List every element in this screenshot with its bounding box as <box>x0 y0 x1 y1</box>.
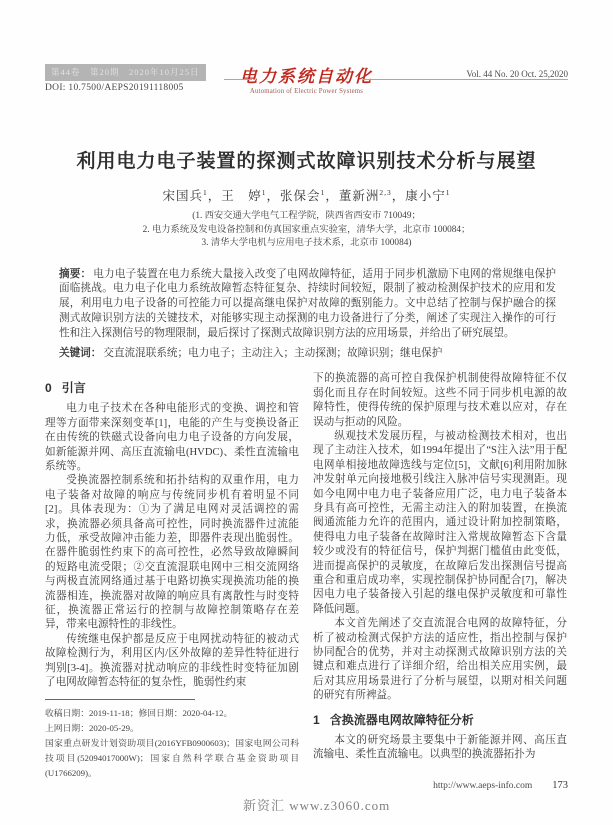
left-column: 0引言 电力电子技术在各种电能形式的变换、调控和管理等方面带来深刻变革[1]，电… <box>45 372 299 781</box>
author-name: 康小宁 <box>405 189 446 203</box>
affiliations: (1. 西安交通大学电气工程学院，陕西省西安市 710049； 2. 电力系统及… <box>0 210 613 251</box>
abstract-text: 电力电子装置在电力系统大量接入改变了电网故障特征，适用于同步机激励下电网的常规继… <box>59 269 556 339</box>
author-separator: ， <box>325 189 339 203</box>
journal-header: 第44卷 第20期 2020年10月25日 DOI: 10.7500/AEPS2… <box>0 62 613 108</box>
section-title: 引言 <box>62 381 86 395</box>
abstract-block: 摘要：电力电子装置在电力系统大量接入改变了电网故障特征，适用于同步机激励下电网的… <box>59 267 556 342</box>
abstract-label: 摘要： <box>59 268 91 280</box>
right-column: 下的换流器的高可控自我保护机制使得故障特征不仅弱化而且存在时间较短。这些不同于同… <box>313 372 567 781</box>
footnote-line: 上网日期：2020-05-29。 <box>45 721 299 736</box>
body-paragraph: 下的换流器的高可控自我保护机制使得故障特征不仅弱化而且存在时间较短。这些不同于同… <box>313 372 567 430</box>
affiliation-line: (1. 西安交通大学电气工程学院，陕西省西安市 710049； <box>0 210 613 224</box>
keywords-label: 关键词： <box>59 347 101 359</box>
footnote-block: 收稿日期：2019-11-18；修回日期：2020-04-12。 上网日期：20… <box>45 699 299 781</box>
body-paragraph: 电力电子技术在各种电能形式的变换、调控和管理等方面带来深刻变革[1]，电能的产生… <box>45 402 299 474</box>
body-columns: 0引言 电力电子技术在各种电能形式的变换、调控和管理等方面带来深刻变革[1]，电… <box>45 372 568 781</box>
author-separator: ， <box>392 189 406 203</box>
section-heading-1: 1含换流器电网故障特征分析 <box>313 711 567 728</box>
body-paragraph: 本文的研究场景主要集中于新能源并网、高压直流输电、柔性直流输电。以典型的换流器拓… <box>313 734 567 763</box>
watermark: 新资汇 www.z3060.com <box>243 795 390 814</box>
keywords-block: 关键词：交直流混联系统；电力电子；主动注入；主动探测；故障识别；继电保护 <box>59 346 556 362</box>
body-paragraph: 传统继电保护都是反应于电网扰动特征的被动式故障检测行为，利用区内/区外故障的差异… <box>45 633 299 691</box>
page-footer: http://www.aeps-info.com 173 <box>433 780 568 791</box>
header-rule-right <box>362 79 568 80</box>
author-name: 王 婷 <box>221 189 262 203</box>
authors-line: 宋国兵1，王 婷1，张保会1，董新洲2,3，康小宁1 <box>0 186 613 204</box>
author-affil-sup: 1 <box>446 188 451 197</box>
author-separator: ， <box>267 189 281 203</box>
affiliation-line: 2. 电力系统及发电设备控制和仿真国家重点实验室，清华大学，北京市 100084… <box>0 224 613 238</box>
issue-info-en: Vol. 44 No. 20 Oct. 25,2020 <box>466 69 568 79</box>
affiliation-line: 3. 清华大学电机与应用电子技术系，北京市 100084) <box>0 237 613 251</box>
section-heading-0: 0引言 <box>45 379 299 396</box>
footnote-divider <box>45 699 195 700</box>
journal-url: http://www.aeps-info.com <box>433 781 532 791</box>
journal-name-en: Automation of Electric Power Systems <box>0 88 613 95</box>
paper-title: 利用电力电子装置的探测式故障识别技术分析与展望 <box>45 146 568 173</box>
keywords-text: 交直流混联系统；电力电子；主动注入；主动探测；故障识别；继电保护 <box>103 348 442 359</box>
paper-page: 第44卷 第20期 2020年10月25日 DOI: 10.7500/AEPS2… <box>0 0 613 825</box>
author-affil-sup: 2,3 <box>379 188 391 197</box>
author-name: 董新洲 <box>339 189 380 203</box>
section-number: 0 <box>45 381 52 395</box>
body-paragraph: 本文首先阐述了交直流混合电网的故障特征，分析了被动检测式保护方法的适应性，指出控… <box>313 617 567 703</box>
section-title: 含换流器电网故障特征分析 <box>330 713 474 727</box>
header-rule-left <box>224 79 252 80</box>
body-paragraph: 受换流器控制系统和拓扑结构的双重作用，电力电子装备对故障的响应与传统同步机有着明… <box>45 474 299 632</box>
author-separator: ， <box>208 189 222 203</box>
body-paragraph: 纵观技术发展历程，与被动检测技术相对，也出现了主动注入技术，如1994年提出了“… <box>313 430 567 617</box>
author-name: 张保会 <box>280 189 321 203</box>
section-number: 1 <box>313 713 320 727</box>
footnote-line: 收稿日期：2019-11-18；修回日期：2020-04-12。 <box>45 706 299 721</box>
page-number: 173 <box>552 780 568 791</box>
footnote-line: 国家重点研发计划资助项目(2016YFB0900603)；国家电网公司科技项目(… <box>45 736 299 781</box>
author-name: 宋国兵 <box>162 189 203 203</box>
